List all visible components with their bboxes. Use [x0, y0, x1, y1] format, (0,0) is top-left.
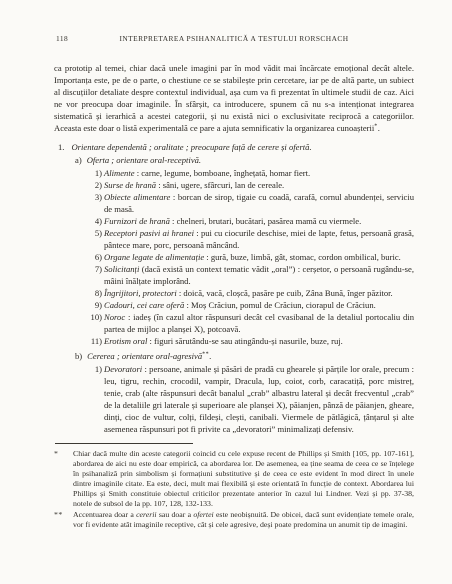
list-item-a5-label: Receptori pasivi ai hranei — [104, 228, 194, 238]
list-item-a1-text: : carne, legume, bomboane, înghețată, ho… — [135, 168, 311, 178]
list-item-a7: 7)Solicitanți (dacă există un context te… — [54, 263, 414, 287]
list-item-a6: 6)Organe legate de alimentație : gură, b… — [54, 251, 414, 263]
list-item-a2-label: Surse de hrană — [104, 180, 156, 190]
footnote-2-italic-1: cererii — [136, 510, 157, 519]
category-outline: 1.Orientare dependentă ; oralitate ; pre… — [54, 141, 414, 435]
page-number: 118 — [56, 33, 68, 45]
running-head-title: INTERPRETAREA PSIHANALITICĂ A TESTULUI R… — [54, 33, 414, 45]
outline-item-a-number: a) — [75, 155, 82, 165]
footnote-1-text: Chiar dacă multe din aceste categorii co… — [73, 449, 414, 508]
list-item-a10-number: 10) — [88, 311, 102, 323]
list-item-b1-number: 1) — [88, 363, 102, 375]
intro-period: . — [378, 123, 380, 133]
list-item-a2: 2)Surse de hrană : sâni, ugere, sfârcuri… — [54, 179, 414, 191]
list-item-a11-number: 11) — [88, 335, 102, 347]
footnote-separator-rule — [55, 443, 193, 444]
intro-text: ca prototip al temei, chiar dacă unele i… — [54, 63, 414, 133]
list-item-a9-number: 9) — [88, 299, 102, 311]
list-item-a3-label: Obiecte alimentare — [104, 192, 170, 202]
list-item-a6-text: : gură, buze, limbă, gât, stomac, cordon… — [204, 252, 401, 262]
list-item-a6-number: 6) — [88, 251, 102, 263]
list-item-a10: 10)Noroc : iadeș (în cazul altor răspuns… — [54, 311, 414, 335]
list-item-a11-text: : figuri sărutându-se sau atingându-și n… — [147, 336, 342, 346]
list-item-a9-label: Cadouri, cei care oferă — [104, 300, 184, 310]
list-item-a8-text: : doică, vacă, cloșcă, pasăre pe cuib, Z… — [177, 288, 393, 298]
list-item-a7-text: (dacă există un context tematic vădit „o… — [104, 264, 414, 286]
list-item-a7-number: 7) — [88, 263, 102, 275]
outline-item-a: a)Oferta ; orientare oral-receptivă. — [75, 154, 414, 166]
list-item-a1: 1)Alimente : carne, legume, bomboane, în… — [54, 167, 414, 179]
list-item-a9-text: : Moș Crăciun, pomul de Crăciun, ciorapu… — [184, 300, 375, 310]
list-item-a8-label: Îngrijitori, protectori — [104, 288, 177, 298]
footnote-1-marker: * — [54, 449, 73, 459]
list-item-a3-number: 3) — [88, 191, 102, 203]
outline-item-b-title: Cererea ; orientare oral-agresivă — [87, 351, 202, 361]
list-item-a1-number: 1) — [88, 167, 102, 179]
list-item-a10-label: Noroc — [104, 312, 125, 322]
running-header: 118 INTERPRETAREA PSIHANALITICĂ A TESTUL… — [54, 33, 414, 45]
book-page: 118 INTERPRETAREA PSIHANALITICĂ A TESTUL… — [0, 0, 452, 584]
list-item-a2-number: 2) — [88, 179, 102, 191]
outline-item-1: 1.Orientare dependentă ; oralitate ; pre… — [54, 141, 414, 153]
footnote-2: **Accentuarea doar a cererii sau doar a … — [54, 510, 414, 530]
list-item-a4: 4)Furnizori de hrană : chelneri, brutari… — [54, 215, 414, 227]
footnote-2-marker: ** — [54, 510, 73, 520]
list-item-a10-text: : iadeș (în cazul altor răspunsuri decât… — [104, 312, 414, 334]
list-item-a7-label: Solicitanți — [104, 264, 139, 274]
list-item-b1-label: Devoratori — [104, 364, 142, 374]
intro-paragraph: ca prototip al temei, chiar dacă unele i… — [54, 62, 414, 134]
list-item-a3: 3)Obiecte alimentare : borcan de sirop, … — [54, 191, 414, 215]
list-item-a11: 11)Erotism oral : figuri sărutându-se sa… — [54, 335, 414, 347]
outline-item-1-number: 1. — [58, 142, 64, 152]
list-item-a2-text: : sâni, ugere, sfârcuri, lan de cereale. — [156, 180, 284, 190]
list-item-a5-number: 5) — [88, 227, 102, 239]
list-item-a9: 9)Cadouri, cei care oferă : Moș Crăciun,… — [54, 299, 414, 311]
list-item-a8: 8)Îngrijitori, protectori : doică, vacă,… — [54, 287, 414, 299]
footnote-2-italic-2: ofertei — [193, 510, 213, 519]
list-item-a5: 5)Receptori pasivi ai hranei : pui cu ci… — [54, 227, 414, 251]
footnote-1: *Chiar dacă multe din aceste categorii c… — [54, 449, 414, 510]
list-item-a4-number: 4) — [88, 215, 102, 227]
footnote-2-text-pre: Accentuarea doar a — [73, 510, 136, 519]
outline-item-1-title: Orientare dependentă ; oralitate ; preoc… — [71, 142, 311, 152]
list-item-b1-text: : persoane, animale și păsări de pradă c… — [104, 364, 414, 434]
list-item-a11-label: Erotism oral — [104, 336, 147, 346]
list-item-a1-label: Alimente — [104, 168, 135, 178]
list-item-a8-number: 8) — [88, 287, 102, 299]
list-item-a6-label: Organe legate de alimentație — [104, 252, 204, 262]
footnotes-section: *Chiar dacă multe din aceste categorii c… — [54, 443, 414, 530]
list-item-a4-label: Furnizori de hrană — [104, 216, 170, 226]
list-item-b1: 1)Devoratori : persoane, animale și păsă… — [54, 363, 414, 435]
outline-item-b: b)Cererea ; orientare oral-agresivă**. — [75, 350, 414, 362]
footnote-2-text-mid: sau doar a — [157, 510, 194, 519]
list-item-a4-text: : chelneri, brutari, bucătari, pasărea m… — [170, 216, 361, 226]
outline-item-a-title: Oferta ; orientare oral-receptivă. — [87, 155, 201, 165]
outline-item-b-period: . — [209, 351, 211, 361]
outline-item-b-number: b) — [75, 351, 82, 361]
